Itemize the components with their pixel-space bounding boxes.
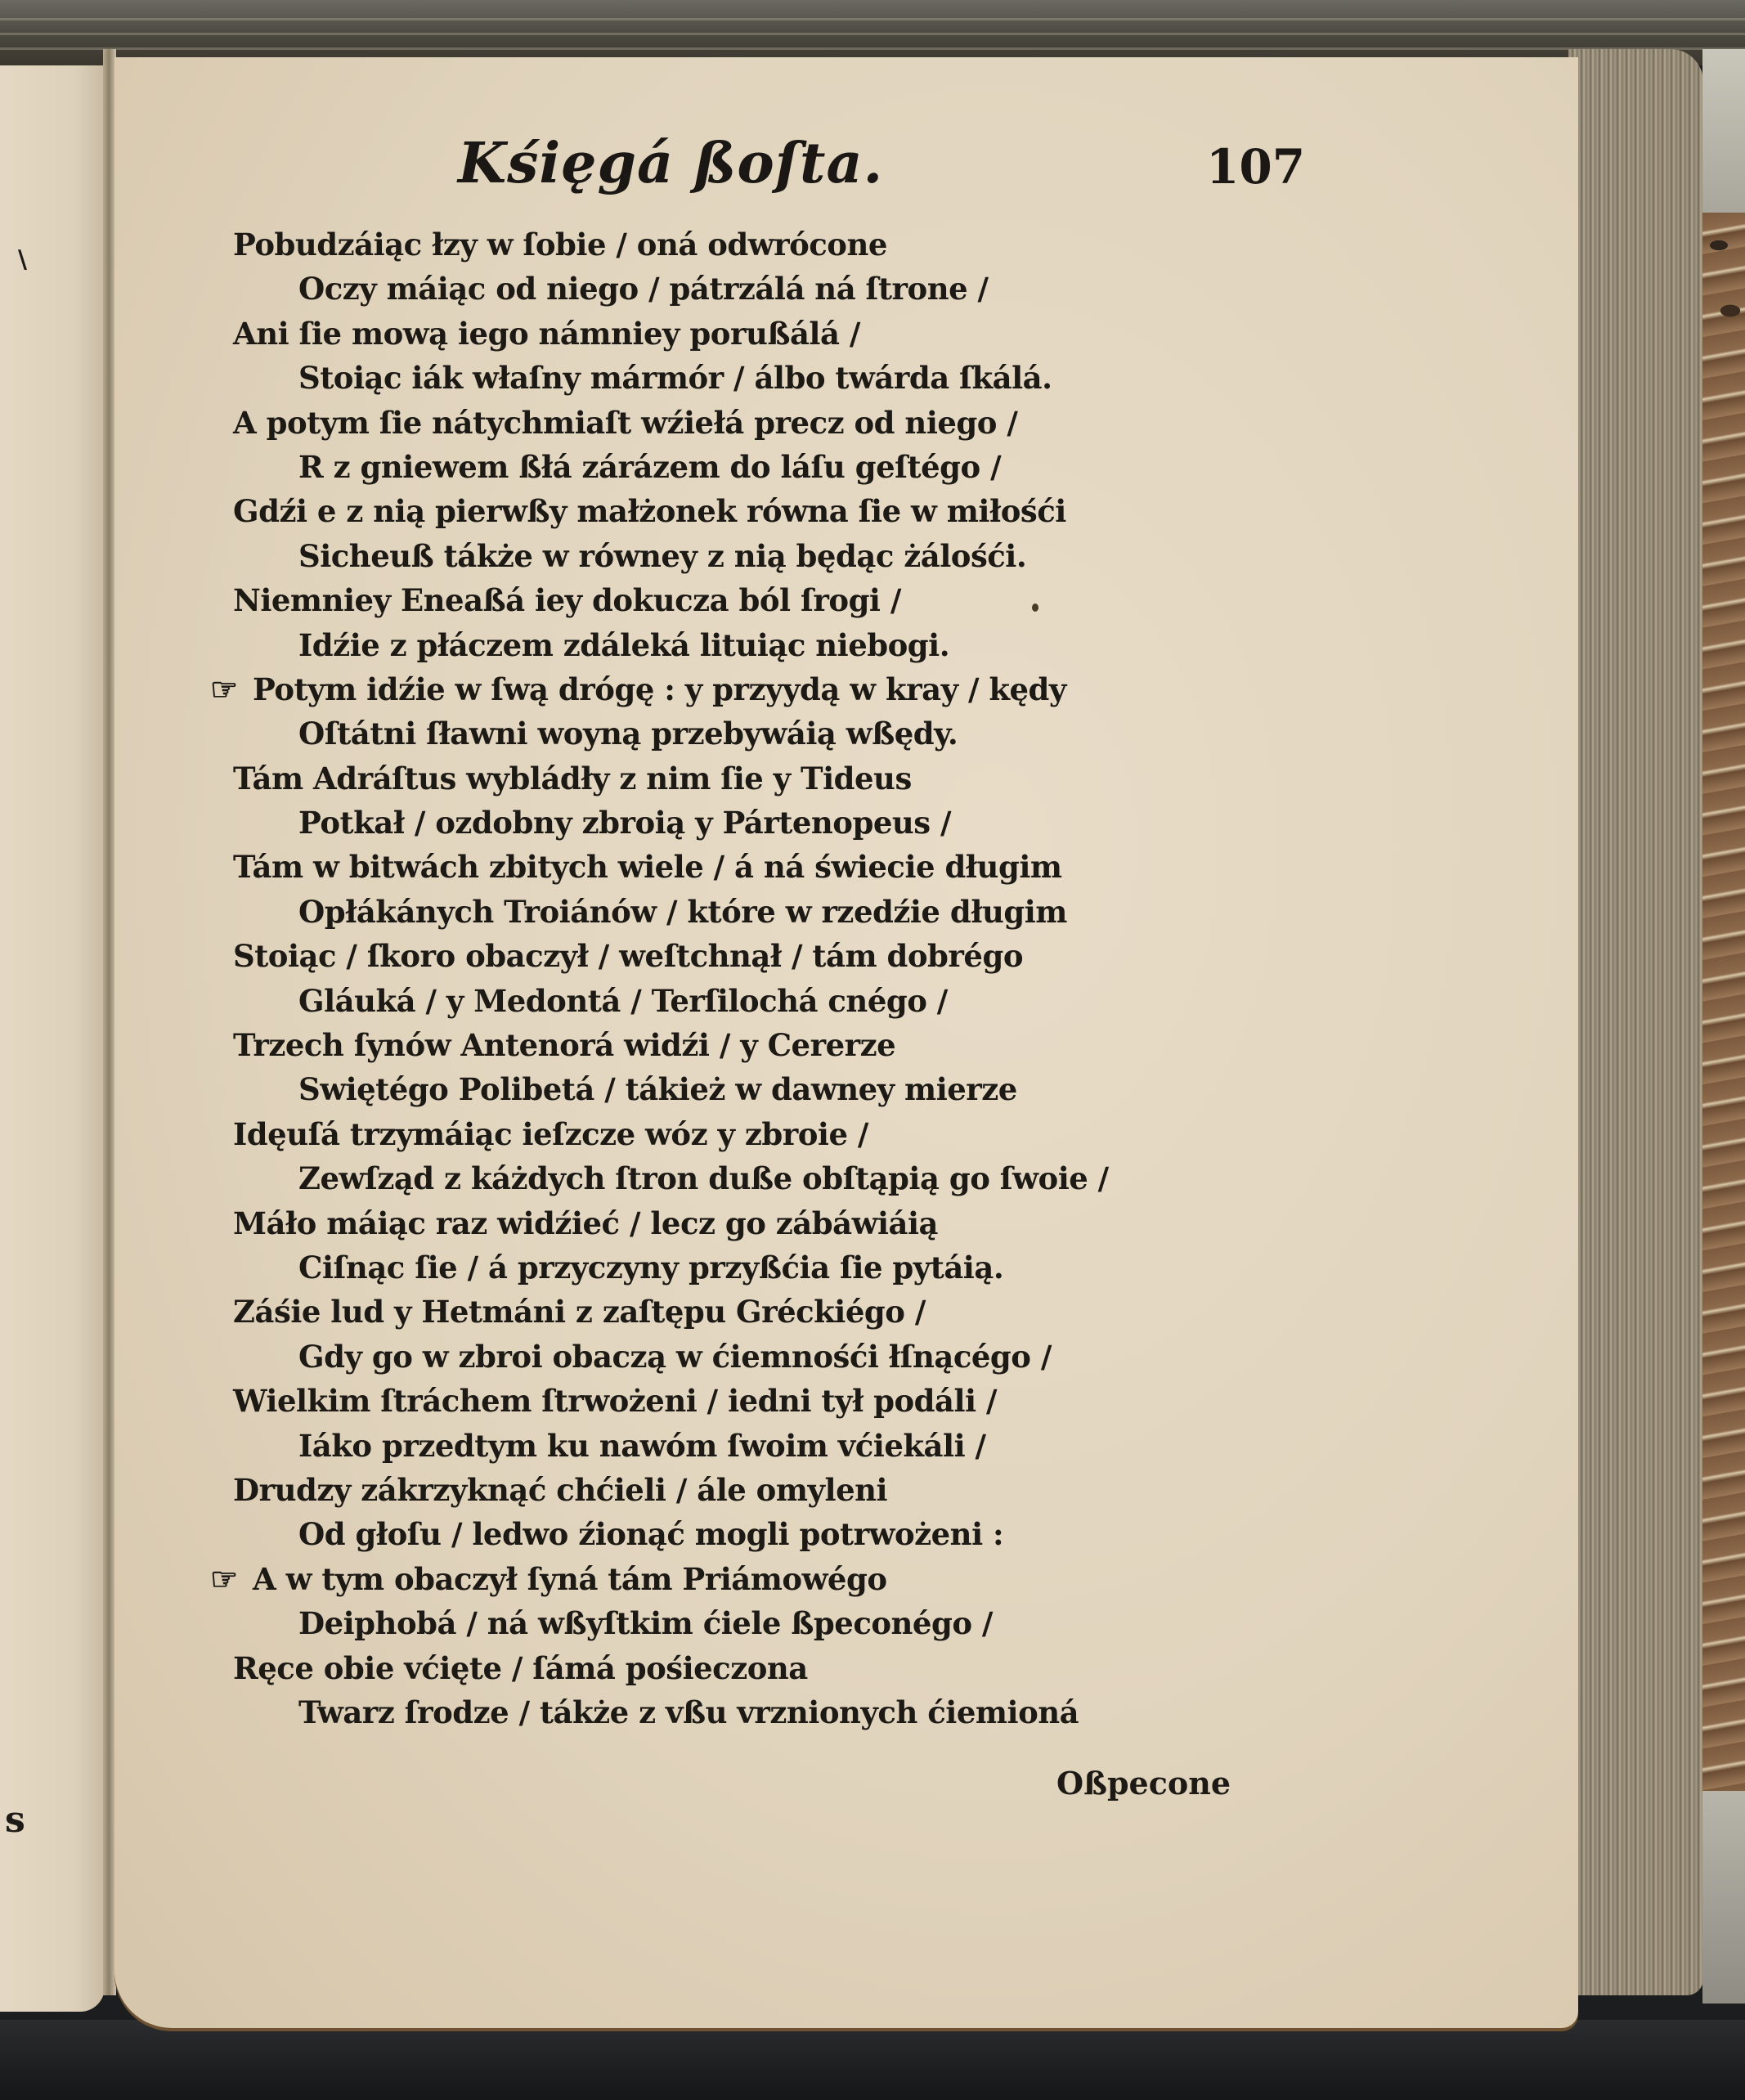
verse-line: Záśie lud y Hetmáni z zaſtępu Gréckiégo … [233,1290,1378,1334]
verse-line-text: A w tym obaczył ſyná tám Priámowégo [253,1561,887,1597]
verse-line-text: Potym idźie w ſwą drógę : y przyydą w kr… [253,671,1066,707]
verse-line: Od głoſu / ledwo źionąć mogli potrwożeni… [233,1512,1378,1556]
verse-line: Swiętégo Polibetá / tákież w dawney mier… [233,1067,1378,1111]
verse-line: Niemniey Eneaßá iey dokucza ból ſrogi / [233,578,1378,622]
verse-line: Oczy máiąc od niego / pátrzálá ná ſtrone… [233,267,1378,311]
verse-line: Tám w bitwách zbitych wiele / á ná świec… [233,845,1378,889]
verse-line: ☞Potym idźie w ſwą drógę : y przyydą w k… [210,667,1378,711]
verse-line: Iáko przedtym ku nawóm ſwoim vćiekáli / [233,1424,1378,1468]
verse-line: Pobudzáiąc łzy w ſobie / oná odwrócone [233,222,1378,267]
verse-line: Trzech ſynów Antenorá widźi / y Cererze [233,1023,1378,1067]
catchword: Oßpecone [1056,1765,1231,1802]
verse-line-text: Ciſnąc ſie / á przyczyny przyßćia ſie py… [298,1250,1003,1286]
verse-line: Gdźi e z nią pierwßy małżonek równa ſie … [233,489,1378,533]
verse-line-text: Gdźi e z nią pierwßy małżonek równa ſie … [233,493,1066,529]
verse-line: Drudzy zákrzyknąć chćieli / ále omyleni [233,1468,1378,1512]
verse-line: Gdy go w zbroi obaczą w ćiemnośći łſnącé… [233,1335,1378,1379]
verse-line-text: Iáko przedtym ku nawóm ſwoim vćiekáli / [298,1428,986,1464]
verse-line-text: Opłákánych Troiánów / które w rzedźie dł… [298,894,1067,930]
background-surface [0,2020,1745,2100]
verse-line: Opłákánych Troiánów / które w rzedźie dł… [233,890,1378,934]
verse-line-text: Wielkim ſtráchem ſtrwożeni / iedni tył p… [233,1383,997,1419]
verse-line-text: Gdy go w zbroi obaczą w ćiemnośći łſnącé… [298,1339,1052,1375]
verse-line: Deiphobá / ná wßyſtkim ćiele ßpeconégo / [233,1601,1378,1645]
verse-line: Idęuſá trzymáiąc ieſzcze wóz y zbroie / [233,1112,1378,1156]
verse-line: Ręce obie vćięte / ſámá pośieczona [233,1646,1378,1690]
verse-line-text: Swiętégo Polibetá / tákież w dawney mier… [298,1071,1017,1107]
verse-line: Zewſząd z káżdych ſtron duße obſtąpią go… [233,1156,1378,1200]
verse-line-text: Pobudzáiąc łzy w ſobie / oná odwrócone [233,227,887,262]
pilcrow-icon: ☞ [210,1557,253,1601]
verse-line-text: Máło máiąc raz widźieć / lecz go zábáwiá… [233,1205,938,1241]
verse-line-text: Tám w bitwách zbitych wiele / á ná świec… [233,849,1062,885]
verse-line: Sicheuß tákże w równey z nią będąc żáloś… [233,534,1378,578]
page-edges-stack [1568,49,1703,1995]
verse-line-text: Twarz ſrodze / tákże z vßu vrznionych ći… [298,1694,1079,1730]
cover-board [1702,1791,1745,2004]
page-edge-stripe [0,18,1745,20]
pilcrow-icon: ☞ [210,667,253,711]
verse-line-text: Idźie z płáczem zdáleká lituiąc niebogi. [298,627,949,663]
verse-line-text: Potkał / ozdobny zbroią y Pártenopeus / [298,805,951,841]
verse-line-text: Niemniey Eneaßá iey dokucza ból ſrogi / [233,582,901,618]
verse-line: R z gniewem ßłá zárázem do láſu geſtégo … [233,445,1378,489]
verse-line: Gláuká / y Medontá / Terſilochá cnégo / [233,979,1378,1023]
verse-line: Ani ſie mową iego námniey porußálá / [233,312,1378,356]
verse-line-text: Trzech ſynów Antenorá widźi / y Cererze [233,1027,895,1063]
verse-line-text: Idęuſá trzymáiąc ieſzcze wóz y zbroie / [233,1116,868,1152]
verse-line-text: Ani ſie mową iego námniey porußálá / [233,316,860,352]
cover-board [1702,49,1745,213]
verse-line-text: Oczy máiąc od niego / pátrzálá ná ſtrone… [298,271,989,307]
verse-line: Tám Adráſtus wybládły z nim ſie y Tideus [233,756,1378,801]
verse-line-text: Gláuká / y Medontá / Terſilochá cnégo / [298,983,948,1019]
book-top-edge [0,0,1745,65]
verse-line: Ciſnąc ſie / á przyczyny przyßćia ſie py… [233,1245,1378,1290]
verse-line-text: Oſtátni ſławni woyną przebywáią wßędy. [298,716,958,752]
verse-line: Oſtátni ſławni woyną przebywáią wßędy. [233,711,1378,756]
verse-line-text: Drudzy zákrzyknąć chćieli / ále omyleni [233,1472,887,1508]
verse-line-text: Záśie lud y Hetmáni z zaſtępu Gréckiégo … [233,1294,926,1330]
verse-line: Potkał / ozdobny zbroią y Pártenopeus / [233,801,1378,845]
verse-line: Stoiąc iák właſny mármór / álbo twárda ſ… [233,356,1378,400]
margin-mark: s [5,1799,25,1841]
verse-line-text: R z gniewem ßłá zárázem do láſu geſtégo … [298,449,1001,485]
verse-line-text: Stoiąc iák właſny mármór / álbo twárda ſ… [298,360,1052,396]
page-edge-stripe [0,33,1745,35]
running-head: Kśięgá ßoſta. [458,131,883,196]
verse-line: Máło máiąc raz widźieć / lecz go zábáwiá… [233,1201,1378,1245]
verse-line-text: A potym ſie nátychmiaſt wźiełá precz od … [233,405,1017,441]
verse-line-text: Od głoſu / ledwo źionąć mogli potrwożeni… [298,1516,1003,1552]
verse-line: Stoiąc / ſkoro obaczył / weſtchnął / tám… [233,934,1378,978]
verse-line-text: Tám Adráſtus wybládły z nim ſie y Tideus [233,761,912,796]
verse-text-block: Pobudzáiąc łzy w ſobie / oná odwróconeOc… [233,222,1378,1734]
verse-line: Wielkim ſtráchem ſtrwożeni / iedni tył p… [233,1379,1378,1423]
verse-line: Twarz ſrodze / tákże z vßu vrznionych ći… [233,1690,1378,1734]
left-page: \ s [0,65,105,2012]
verse-line-text: Zewſząd z káżdych ſtron duße obſtąpią go… [298,1160,1109,1196]
verse-line-text: Deiphobá / ná wßyſtkim ćiele ßpeconégo / [298,1605,993,1641]
verse-line: Idźie z płáczem zdáleká lituiąc niebogi. [233,623,1378,667]
marbled-cover [1702,213,1745,1791]
verse-line: A potym ſie nátychmiaſt wźiełá precz od … [233,401,1378,445]
verse-line: ☞A w tym obaczył ſyná tám Priámowégo [210,1557,1378,1601]
margin-mark: \ [18,245,27,274]
page-number: 107 [1206,139,1305,195]
verse-line-text: Sicheuß tákże w równey z nią będąc żáloś… [298,538,1026,574]
verse-line-text: Stoiąc / ſkoro obaczył / weſtchnął / tám… [233,938,1023,974]
page-edge-stripe [0,47,1745,50]
verse-line-text: Ręce obie vćięte / ſámá pośieczona [233,1650,808,1686]
